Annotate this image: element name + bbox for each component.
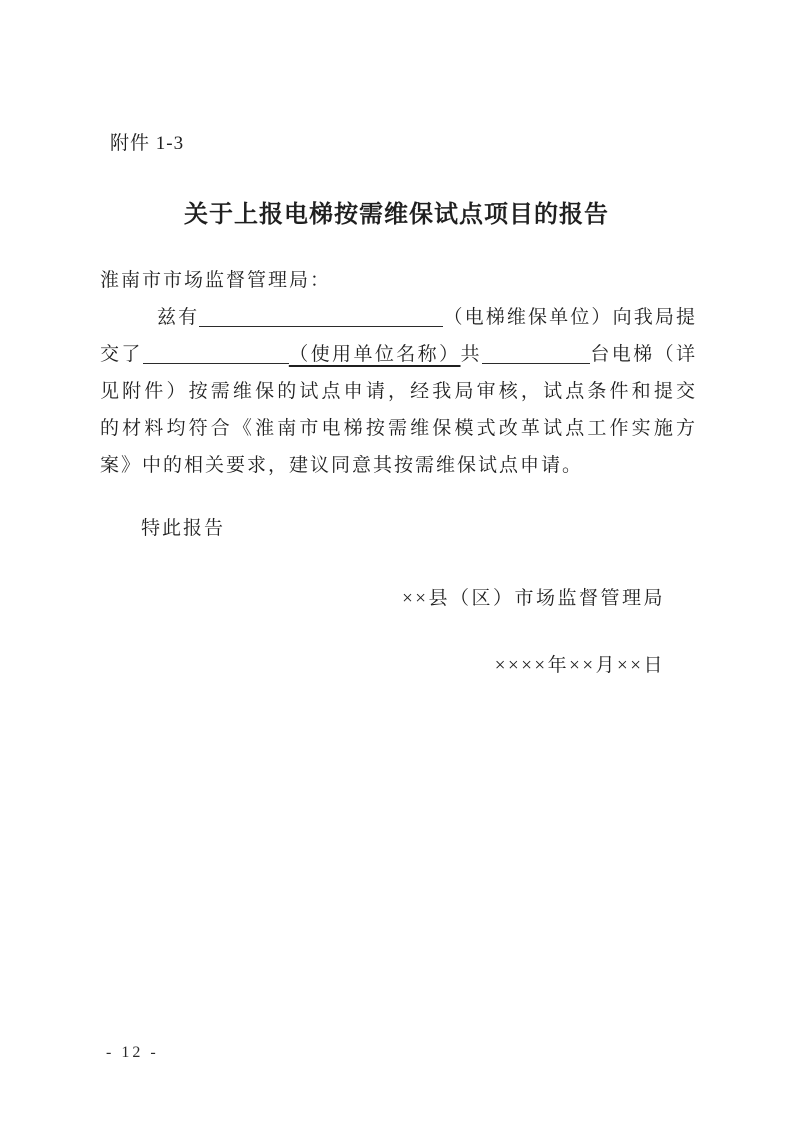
date-line: ××××年××月××日 <box>495 650 665 677</box>
fill-in-blank-maintenance-unit <box>199 307 443 327</box>
document-title: 关于上报电梯按需维保试点项目的报告 <box>0 194 793 229</box>
fill-in-blank-elevator-count <box>482 344 590 364</box>
salutation: 淮南市市场监督管理局： <box>100 262 697 299</box>
document-body: 淮南市市场监督管理局： 兹有（电梯维保单位）向我局提 交了（使用单位名称）共台电… <box>100 262 697 484</box>
text-segment: （电梯维保单位）向我局提 <box>443 307 697 328</box>
document-page: 附件 1-3 关于上报电梯按需维保试点项目的报告 淮南市市场监督管理局： 兹有（… <box>0 0 793 1123</box>
paragraph-line-2: 交了（使用单位名称）共台电梯（详 <box>100 336 697 373</box>
text-segment: 共 <box>461 344 482 365</box>
paragraph-line-3: 见附件）按需维保的试点申请，经我局审核，试点条件和提交 <box>100 373 697 410</box>
signatory-name: ××县（区）市场监督管理局 <box>402 583 665 610</box>
page-number: - 12 - <box>106 1044 159 1062</box>
fill-in-blank-user-unit <box>143 344 289 364</box>
paragraph-line-5: 案》中的相关要求，建议同意其按需维保试点申请。 <box>100 447 697 484</box>
closing-phrase: 特此报告 <box>141 513 225 540</box>
attachment-label: 附件 1-3 <box>110 128 184 155</box>
paragraph-line-4: 的材料均符合《淮南市电梯按需维保模式改革试点工作实施方 <box>100 410 697 447</box>
user-unit-name-label: （使用单位名称） <box>289 344 461 365</box>
paragraph-line-1: 兹有（电梯维保单位）向我局提 <box>100 299 697 336</box>
text-segment: 兹有 <box>157 307 199 328</box>
text-segment: 交了 <box>100 344 143 365</box>
text-segment: 台电梯（详 <box>590 344 697 365</box>
